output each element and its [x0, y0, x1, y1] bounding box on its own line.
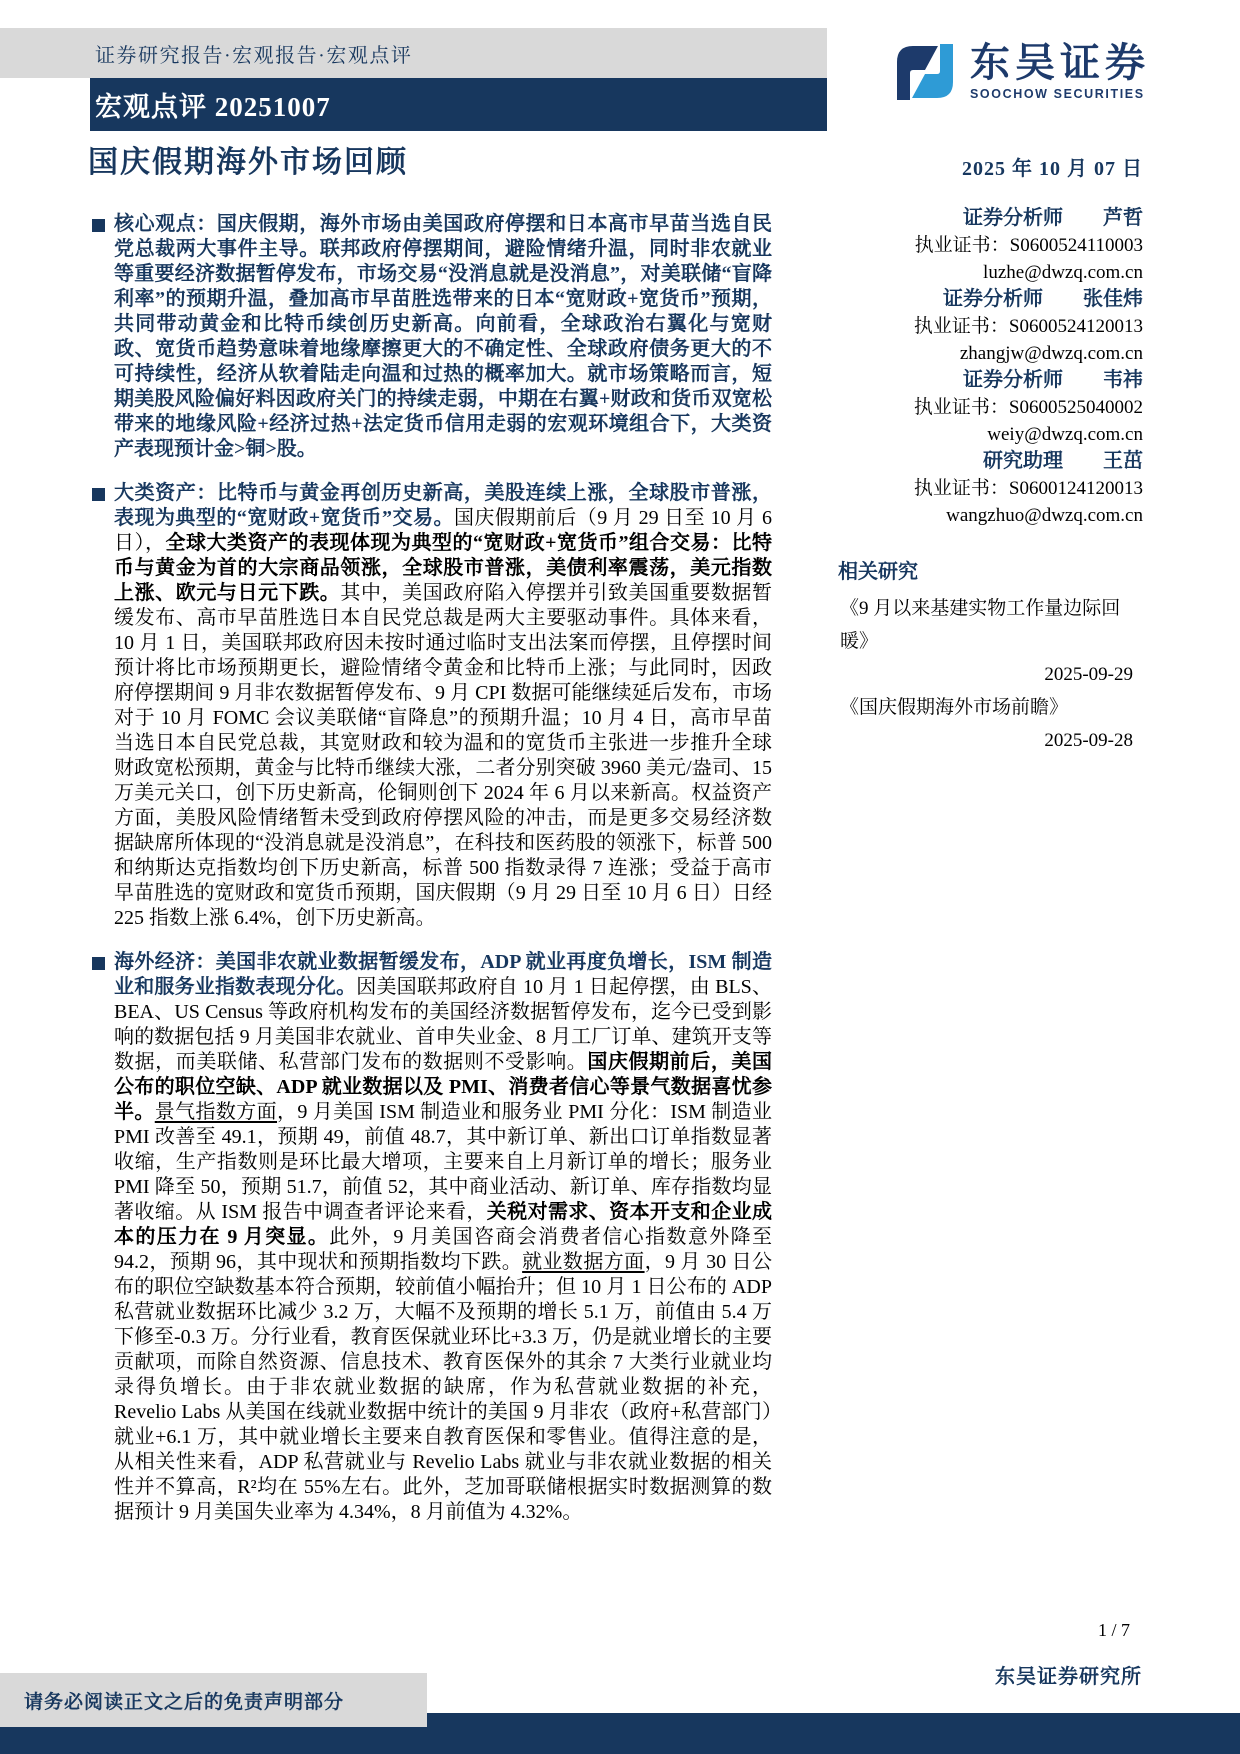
body-paragraph: 核心观点：国庆假期，海外市场由美国政府停摆和日本高市早苗当选自民党总裁两大事件主… — [90, 212, 772, 462]
analyst-role-name: 证券分析师 韦祎 — [830, 367, 1143, 394]
info-sidebar: 2025 年 10 月 07 日 证券分析师 芦哲执业证书：S060052411… — [830, 152, 1143, 757]
analyst-license: 执业证书：S0600524120013 — [830, 313, 1143, 340]
institute-name: 东吴证券研究所 — [995, 1660, 1142, 1689]
report-type-banner: 宏观点评 20251007 — [90, 78, 827, 131]
analyst-license: 执业证书：S0600525040002 — [830, 394, 1143, 421]
company-logo: 东吴证券 SOOCHOW SECURITIES — [892, 40, 1150, 104]
paragraph-text: 海外经济：美国非农就业数据暂缓发布，ADP 就业再度负增长，ISM 制造业和服务… — [114, 950, 772, 1525]
related-research-title: 《国庆假期海外市场前瞻》 — [840, 691, 1143, 724]
bullet-square-icon — [92, 957, 105, 970]
paragraph-text: 大类资产：比特币与黄金再创历史新高，美股连续上涨，全球股市普涨，表现为典型的“宽… — [114, 481, 772, 931]
analyst-role-name: 证券分析师 芦哲 — [830, 205, 1143, 232]
related-research-date: 2025-09-29 — [830, 658, 1143, 691]
related-research-date: 2025-09-28 — [830, 724, 1143, 757]
logo-cn-text: 东吴证券 — [970, 40, 1150, 86]
analyst-list: 证券分析师 芦哲执业证书：S0600524110003luzhe@dwzq.co… — [830, 205, 1143, 529]
bullet-square-icon — [92, 488, 105, 501]
related-research-items: 《9 月以来基建实物工作量边际回暖》2025-09-29《国庆假期海外市场前瞻》… — [830, 592, 1143, 757]
soochow-logo-icon — [892, 40, 958, 104]
paragraph-text: 核心观点：国庆假期，海外市场由美国政府停摆和日本高市早苗当选自民党总裁两大事件主… — [114, 212, 772, 462]
related-research: 相关研究 《9 月以来基建实物工作量边际回暖》2025-09-29《国庆假期海外… — [830, 555, 1143, 757]
logo-text: 东吴证券 SOOCHOW SECURITIES — [970, 40, 1150, 102]
analyst-role-name: 研究助理 王茁 — [830, 448, 1143, 475]
body-paragraph: 大类资产：比特币与黄金再创历史新高，美股连续上涨，全球股市普涨，表现为典型的“宽… — [90, 481, 772, 931]
page-number: 1 / 7 — [1098, 1620, 1130, 1641]
analyst-license: 执业证书：S0600124120013 — [830, 475, 1143, 502]
disclaimer-text: 请务必阅读正文之后的免责声明部分 — [24, 1687, 344, 1714]
analyst-email: wangzhuo@dwzq.com.cn — [830, 502, 1143, 529]
banner-text: 宏观点评 20251007 — [95, 85, 331, 124]
analyst-email: weiy@dwzq.com.cn — [830, 421, 1143, 448]
analyst-email: luzhe@dwzq.com.cn — [830, 259, 1143, 286]
report-date: 2025 年 10 月 07 日 — [830, 152, 1143, 181]
report-body: 核心观点：国庆假期，海外市场由美国政府停摆和日本高市早苗当选自民党总裁两大事件主… — [90, 212, 772, 1544]
analyst-license: 执业证书：S0600524110003 — [830, 232, 1143, 259]
analyst-email: zhangjw@dwzq.com.cn — [830, 340, 1143, 367]
kicker-band: 证券研究报告·宏观报告·宏观点评 — [0, 28, 827, 78]
report-page: 证券研究报告·宏观报告·宏观点评 东吴证券 SOOCHOW SECURITIES… — [0, 0, 1240, 1754]
related-research-header: 相关研究 — [838, 555, 1143, 584]
disclaimer-box: 请务必阅读正文之后的免责声明部分 — [0, 1673, 427, 1727]
bullet-square-icon — [92, 219, 105, 232]
body-paragraph: 海外经济：美国非农就业数据暂缓发布，ADP 就业再度负增长，ISM 制造业和服务… — [90, 950, 772, 1525]
kicker-text: 证券研究报告·宏观报告·宏观点评 — [95, 39, 412, 68]
report-title: 国庆假期海外市场回顾 — [88, 137, 408, 181]
logo-en-text: SOOCHOW SECURITIES — [970, 86, 1150, 102]
analyst-role-name: 证券分析师 张佳炜 — [830, 286, 1143, 313]
related-research-title: 《9 月以来基建实物工作量边际回暖》 — [840, 592, 1143, 658]
